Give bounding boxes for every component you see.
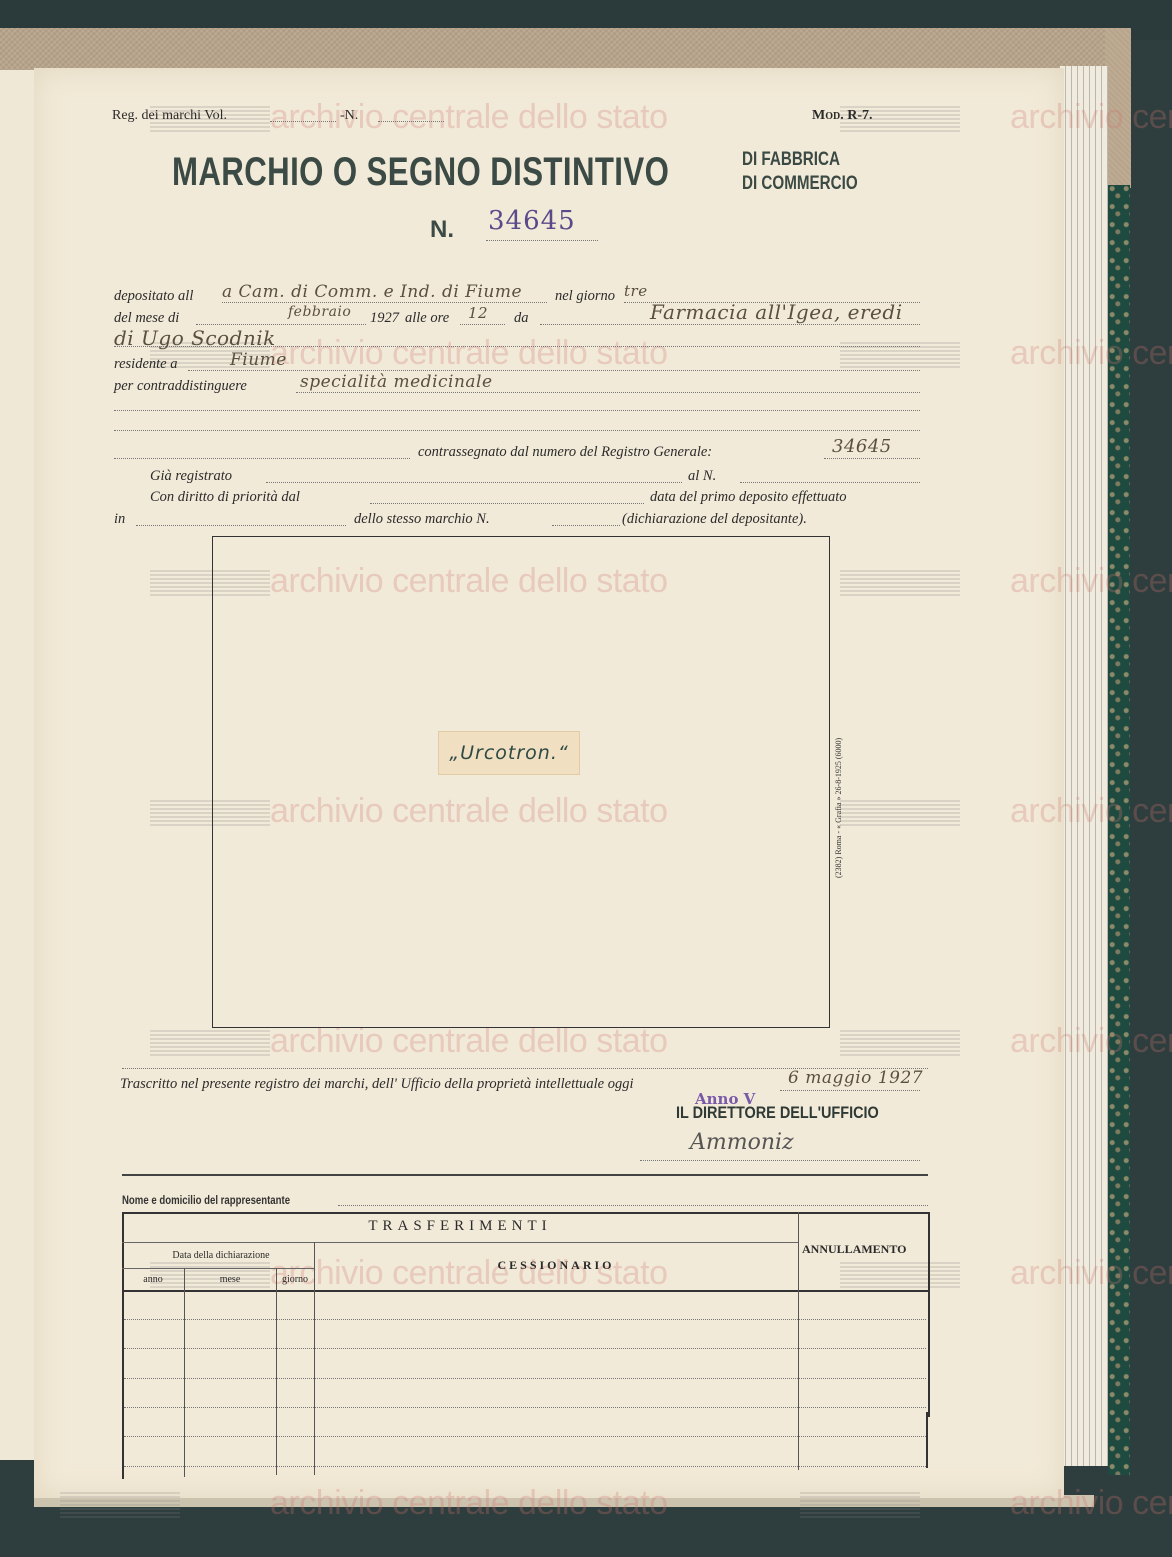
watermark-logo-icon [840,1030,960,1056]
table-top-border [122,1212,928,1214]
col-giorno: giorno [276,1274,314,1285]
blank-line [114,430,920,431]
annullamento-header: ANNULLAMENTO [802,1242,906,1257]
trademark-image-box [212,536,830,1028]
watermark: archivio centrale dello stato [1010,98,1172,137]
cessionario-header: CESSIONARIO [314,1258,798,1273]
da-label: da [514,310,529,327]
ore-value: 12 [468,304,488,322]
table-row [124,1378,926,1379]
representative-label: Nome e domicilio del rappresentante [122,1193,290,1207]
transfers-table: TRASFERIMENTI ANNULLAMENTO Data della di… [122,1212,928,1427]
model-number: Mod. R-7. [812,108,873,124]
date-group-header: Data della dichiarazione [128,1250,314,1261]
watermark-logo-icon [840,570,960,596]
blank-line [114,410,920,411]
trademark-name: „Urcotron.“ [449,742,568,764]
transcription-date-line [780,1090,920,1091]
table-rule [122,1242,798,1243]
table-row [124,1348,926,1349]
in-line [136,525,346,526]
da-value-line1: Farmacia all'Igea, eredi [650,300,903,324]
contraddistinguere-value: specialità medicinale [300,372,493,392]
priorita-label: Con diritto di priorità dal [150,489,300,506]
priorita-line [370,503,644,504]
dichiarazione-label: (dichiarazione del depositante). [622,511,807,528]
table-frame-ext [926,1412,928,1468]
contraddistinguere-label: per contraddistinguere [114,378,247,395]
table-row [124,1319,926,1320]
table-row [124,1466,926,1467]
ore-line [460,324,505,325]
col-anno: anno [122,1274,184,1285]
table-header-bottom [122,1290,928,1292]
trademark-number-stamp: 34645 [488,206,576,236]
giorno-value: tre [624,282,648,300]
residente-line [188,370,920,371]
primo-deposito-label: data del primo deposito effettuato [650,489,847,506]
watermark-logo-icon [60,1492,180,1518]
giorno-label: nel giorno [555,288,615,305]
director-signature: Ammoniz [690,1130,794,1155]
col-divider [314,1417,315,1475]
anno-value: 1927 [370,310,399,327]
transcription-text: Trascritto nel presente registro dei mar… [120,1076,634,1093]
watermark: archivio centrale dello stato [270,98,668,137]
trademark-label: „Urcotron.“ [438,731,580,775]
reg-vol-field [270,121,336,122]
depositato-line [222,302,547,303]
col-divider [184,1268,185,1418]
gia-registrato-label: Già registrato [150,468,232,485]
contraddistinguere-line [296,392,920,393]
reg-n-field [378,121,444,122]
trasferimenti-header: TRASFERIMENTI [122,1218,798,1235]
watermark: archivio centrale dello stato [1010,792,1172,831]
watermark: archivio centrale dello stato [1010,334,1172,373]
registro-generale-line [824,458,920,459]
transcription-date: 6 maggio 1927 [788,1068,923,1088]
watermark: archivio centrale dello stato [1010,1022,1172,1061]
printer-note: (2382) Roma - « Grafia » 26-8-1925 (6000… [834,678,843,878]
director-label: IL DIRETTORE DELL'UFFICIO [676,1103,879,1123]
mese-label: del mese di [114,310,179,327]
watermark-logo-icon [840,800,960,826]
page-title: MARCHIO O SEGNO DISTINTIVO [172,150,669,195]
depositato-label: depositato all [114,288,193,305]
residente-value: Fiume [230,350,287,370]
al-n-label: al N. [688,468,716,485]
watermark-logo-icon [800,1492,920,1518]
watermark: archivio centrale dello stato [270,1484,668,1523]
reg-label: Reg. dei marchi Vol. [112,108,227,124]
table-row [124,1407,926,1408]
left-page-edge [0,70,37,1460]
watermark: archivio centrale dello stato [1010,1254,1172,1293]
table-frame-ext [122,1417,124,1479]
title-side-fabbrica: DI FABBRICA [742,148,840,171]
registro-generale-value: 34645 [832,436,892,457]
reg-n-label: -N. [340,108,358,124]
number-field-line [486,240,598,241]
watermark-logo-icon [150,1030,270,1056]
mese-value: febbraio [288,304,351,320]
signature-line [640,1160,920,1161]
col-divider [276,1268,277,1418]
stesso-marchio-label: dello stesso marchio N. [354,511,490,528]
stesso-marchio-line [552,525,620,526]
continuation-line [114,346,920,347]
in-label: in [114,511,125,528]
col-divider [798,1212,799,1412]
number-label: N. [430,216,454,244]
table-rule [122,1268,314,1269]
watermark: archivio centrale dello stato [1010,1484,1172,1523]
mese-line [196,324,366,325]
title-side-commercio: DI COMMERCIO [742,172,858,195]
col-divider [798,1412,799,1470]
watermark: archivio centrale dello stato [270,334,668,373]
al-n-line [740,482,920,483]
gia-registrato-line [266,482,682,483]
col-divider [184,1417,185,1477]
residente-label: residente a [114,356,178,373]
registry-line [114,458,410,459]
da-line [540,324,920,325]
section-divider [122,1174,928,1176]
depositato-value: a Cam. di Comm. e Ind. di Fiume [222,282,522,302]
watermark: archivio centrale dello stato [1010,562,1172,601]
col-divider [276,1417,277,1475]
table-row [124,1436,926,1437]
contrassegnato-label: contrassegnato dal numero del Registro G… [418,444,712,461]
col-mese: mese [184,1274,276,1285]
ore-label: alle ore [405,310,449,327]
representative-line [338,1205,928,1206]
